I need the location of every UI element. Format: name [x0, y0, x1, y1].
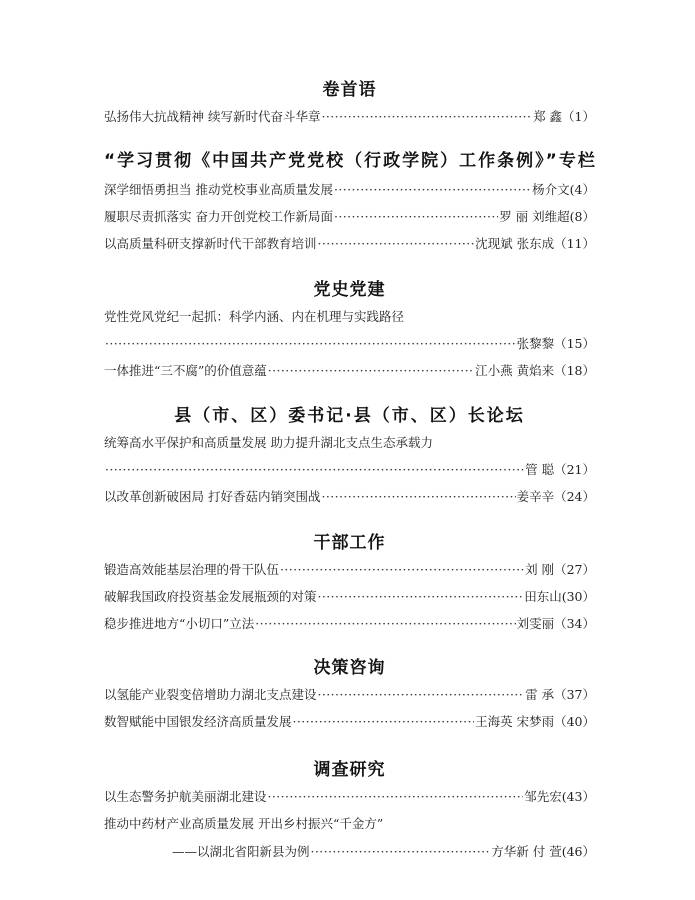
entry-title: 党性党风党纪一起抓：科学内涵、内在机理与实践路径	[104, 307, 404, 327]
entry-title: 以高质量科研支撑新时代干部教育培训	[104, 234, 317, 254]
entry-author: 邹先宏	[524, 787, 562, 807]
toc-entry[interactable]: 推动中药材产业高质量发展 开出乡村振兴“千金方”	[104, 814, 595, 834]
entry-title: 统筹高水平保护和高质量发展 助力提升湖北支点生态承载力	[104, 433, 433, 453]
dot-leader	[268, 787, 524, 807]
entry-page: （27）	[554, 560, 595, 580]
entry-title: 推动中药材产业高质量发展 开出乡村振兴“千金方”	[104, 814, 383, 834]
section-title-investigation-research: 调查研究	[104, 759, 595, 781]
toc-entry[interactable]: 党性党风党纪一起抓：科学内涵、内在机理与实践路径	[104, 307, 595, 327]
entry-author: 江小燕 黄焰来	[475, 361, 554, 381]
dot-leader	[318, 587, 524, 607]
entry-author: 郑 鑫	[533, 107, 562, 127]
entry-page: (43）	[562, 787, 595, 807]
entry-author: 张黎黎	[517, 334, 555, 354]
toc-entry[interactable]: 弘扬伟大抗战精神 续写新时代奋斗华章 郑 鑫 （1）	[104, 107, 595, 127]
entry-page: （1）	[562, 107, 595, 127]
entry-author: 杨介文	[532, 180, 570, 200]
toc-entry[interactable]: 锻造高效能基层治理的骨干队伍 刘 刚 （27）	[104, 560, 595, 580]
dot-leader	[268, 361, 474, 381]
toc-entry[interactable]: 一体推进“三不腐”的价值意蕴 江小燕 黄焰来 （18）	[104, 361, 595, 381]
section-title-county-forum: 县（市、区）委书记·县（市、区）长论坛	[104, 405, 595, 427]
entry-author: 姜辛辛	[517, 487, 555, 507]
toc-entry[interactable]: 深学细悟勇担当 推动党校事业高质量发展 杨介文 (4）	[104, 180, 595, 200]
entry-title: 以生态警务护航美丽湖北建设	[104, 787, 267, 807]
dot-leader	[311, 842, 491, 862]
entry-page: （24）	[554, 487, 595, 507]
dot-leader	[321, 487, 515, 507]
toc-entry[interactable]: 履职尽责抓落实 奋力开创党校工作新局面 罗 丽 刘维超 (8）	[104, 207, 595, 227]
entry-subtitle: ——以湖北省阳新县为例	[172, 842, 310, 862]
entry-page: （18）	[554, 361, 595, 381]
entry-author: 刘 刚	[525, 560, 554, 580]
dot-leader	[105, 460, 524, 480]
dot-leader	[318, 234, 475, 254]
entry-title: 稳步推进地方“小切口”立法	[104, 614, 254, 634]
dot-leader	[321, 107, 532, 127]
entry-title: 履职尽责抓落实 奋力开创党校工作新局面	[104, 207, 333, 227]
toc-entry[interactable]: 以氢能产业裂变倍增助力湖北支点建设 雷 承 （37）	[104, 685, 595, 705]
entry-author: 方华新 付 萱	[491, 842, 561, 862]
toc-entry-subtitle[interactable]: ——以湖北省阳新县为例 方华新 付 萱 (46）	[172, 842, 595, 862]
toc-entry[interactable]: 以改革创新破困局 打好香菇内销突围战 姜辛辛 （24）	[104, 487, 595, 507]
entry-title: 弘扬伟大抗战精神 续写新时代奋斗华章	[104, 107, 320, 127]
entry-page: （40）	[554, 712, 595, 732]
entry-author: 刘雯丽	[517, 614, 555, 634]
entry-page: （11）	[554, 234, 595, 254]
entry-page: (4）	[570, 180, 595, 200]
toc-entry[interactable]: 破解我国政府投资基金发展瓶颈的对策 田东山 (30）	[104, 587, 595, 607]
section-title-cadre-work: 干部工作	[104, 532, 595, 554]
entry-author: 雷 承	[525, 685, 554, 705]
entry-author: 管 聪	[525, 460, 554, 480]
entry-author: 田东山	[524, 587, 562, 607]
entry-page: （21）	[554, 460, 595, 480]
section-title-preface: 卷首语	[104, 79, 595, 101]
entry-page: (46）	[562, 842, 595, 862]
entry-title: 以改革创新破困局 打好香菇内销突围战	[104, 487, 320, 507]
entry-title: 数智赋能中国银发经济高质量发展	[104, 712, 292, 732]
toc-entry-continuation[interactable]: 管 聪 （21）	[104, 460, 595, 480]
dot-leader	[293, 712, 475, 732]
section-title-party-history: 党史党建	[104, 279, 595, 301]
dot-leader	[255, 614, 515, 634]
entry-author: 罗 丽 刘维超	[499, 207, 569, 227]
entry-title: 一体推进“三不腐”的价值意蕴	[104, 361, 267, 381]
dot-leader	[105, 334, 516, 354]
entry-author: 王海英 宋梦雨	[475, 712, 554, 732]
section-title-special-column: “学习贯彻《中国共产党党校（行政学院）工作条例》”专栏	[104, 150, 595, 172]
entry-title: 深学细悟勇担当 推动党校事业高质量发展	[104, 180, 333, 200]
entry-page: （37）	[554, 685, 595, 705]
dot-leader	[318, 685, 525, 705]
dot-leader	[334, 207, 498, 227]
dot-leader	[334, 180, 531, 200]
entry-page: (30）	[562, 587, 595, 607]
entry-page: (8）	[570, 207, 595, 227]
toc-entry[interactable]: 以高质量科研支撑新时代干部教育培训 沈现斌 张东成 （11）	[104, 234, 595, 254]
entry-author: 沈现斌 张东成	[475, 234, 554, 254]
dot-leader	[280, 560, 524, 580]
entry-title: 锻造高效能基层治理的骨干队伍	[104, 560, 279, 580]
toc-entry[interactable]: 数智赋能中国银发经济高质量发展 王海英 宋梦雨 （40）	[104, 712, 595, 732]
entry-page: （34）	[554, 614, 595, 634]
toc-entry[interactable]: 统筹高水平保护和高质量发展 助力提升湖北支点生态承载力	[104, 433, 595, 453]
toc-entry-continuation[interactable]: 张黎黎 （15）	[104, 334, 595, 354]
section-title-decision-consulting: 决策咨询	[104, 657, 595, 679]
toc-entry[interactable]: 稳步推进地方“小切口”立法 刘雯丽 （34）	[104, 614, 595, 634]
entry-title: 破解我国政府投资基金发展瓶颈的对策	[104, 587, 317, 607]
entry-title: 以氢能产业裂变倍增助力湖北支点建设	[104, 685, 317, 705]
entry-page: （15）	[554, 334, 595, 354]
toc-entry[interactable]: 以生态警务护航美丽湖北建设 邹先宏 (43）	[104, 787, 595, 807]
